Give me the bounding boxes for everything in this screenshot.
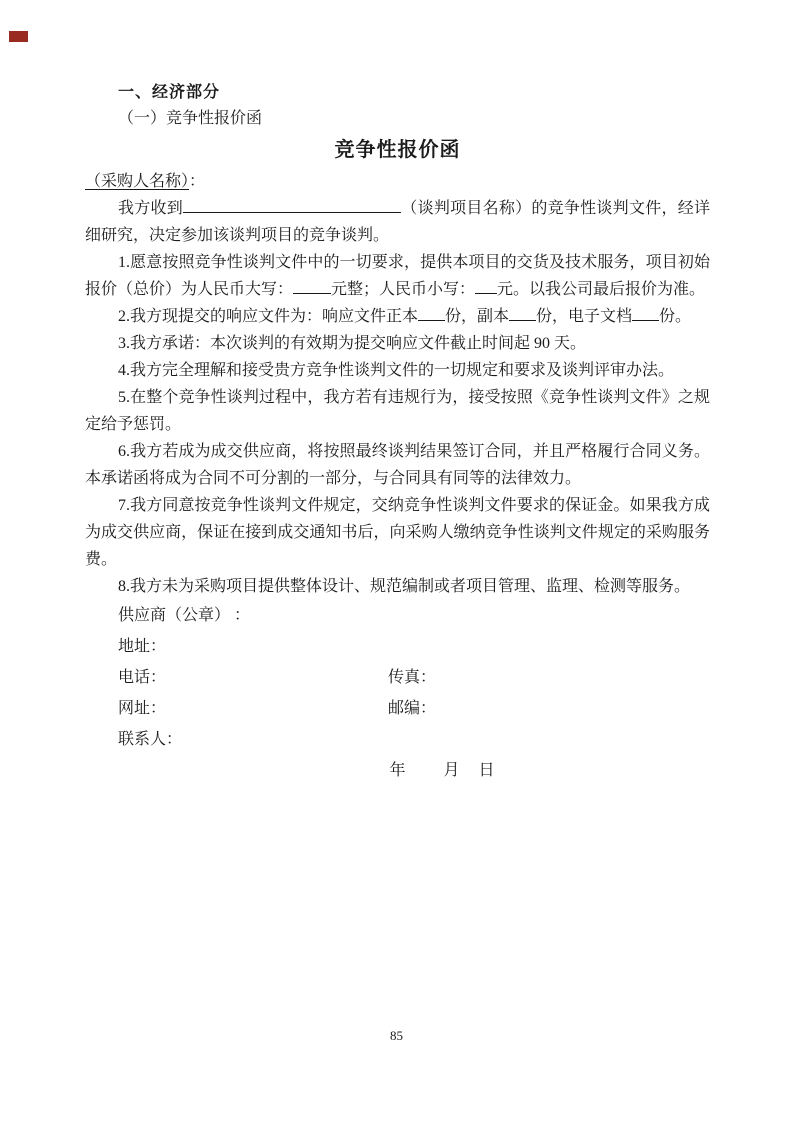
document-body: （采购人名称）：我方收到（谈判项目名称）的竞争性谈判文件，经详细研究，决定参加该… xyxy=(85,168,710,786)
text-segment: 供应商（公章） ： xyxy=(118,607,250,624)
corner-red-mark xyxy=(9,31,28,42)
text-segment: 联系人： xyxy=(118,731,182,748)
text-segment: 年 xyxy=(370,755,424,786)
page-number: 85 xyxy=(0,1028,793,1044)
text-segment: 地址： xyxy=(118,638,166,655)
item-4: 4.我方完全理解和接受贵方竞争性谈判文件的一切规定和要求及谈判评审办法。 xyxy=(85,357,710,384)
item-2: 2.我方现提交的响应文件为：响应文件正本份，副本份，电子文档份。 xyxy=(85,303,710,330)
document-page: 一、经济部分 （一）竞争性报价函 竞争性报价函 （采购人名称）：我方收到（谈判项… xyxy=(0,0,793,1122)
fill-in-blank xyxy=(293,279,331,294)
date-line: 年月日 xyxy=(85,755,710,786)
page-title: 竞争性报价函 xyxy=(85,132,710,168)
subsection-heading: （一）竞争性报价函 xyxy=(118,106,710,132)
text-segment: 份，副本 xyxy=(445,308,509,325)
web-zip-line: 网址：邮编： xyxy=(85,693,710,724)
item-3: 3.我方承诺：本次谈判的有效期为提交响应文件截止时间起 90 天。 xyxy=(85,330,710,357)
text-segment: 日 xyxy=(478,762,494,779)
text-segment: 元整；人民币小写： xyxy=(331,281,475,298)
text-segment: 3.我方承诺：本次谈判的有效期为提交响应文件截止时间起 90 天。 xyxy=(118,335,586,352)
item-7: 7.我方同意按竞争性谈判文件规定，交纳竞争性谈判文件要求的保证金。如果我方成为成… xyxy=(85,492,710,573)
text-segment: 份，电子文档 xyxy=(536,308,632,325)
text-segment: 5.在整个竞争性谈判过程中，我方若有违规行为，接受按照《竞争性谈判文件》之规定给… xyxy=(85,389,710,433)
fill-in-blank xyxy=(509,306,536,321)
section-heading: 一、经济部分 xyxy=(118,80,710,106)
address-line: 地址： xyxy=(85,631,710,662)
supplier-seal-line: 供应商（公章） ： xyxy=(85,600,710,631)
phone-fax-line: 电话：传真： xyxy=(85,662,710,693)
fill-in-blank xyxy=(183,198,401,213)
text-segment: 4.我方完全理解和接受贵方竞争性谈判文件的一切规定和要求及谈判评审办法。 xyxy=(118,362,674,379)
fill-in-blank xyxy=(418,306,445,321)
text-segment: 电话： xyxy=(118,662,388,693)
text-segment: 7.我方同意按竞争性谈判文件规定，交纳竞争性谈判文件要求的保证金。如果我方成为成… xyxy=(85,497,710,568)
text-segment: 邮编： xyxy=(388,700,436,717)
intro-paragraph: 我方收到（谈判项目名称）的竞争性谈判文件，经详细研究，决定参加该谈判项目的竞争谈… xyxy=(85,195,710,249)
text-segment: 月 xyxy=(424,755,478,786)
document-content: 一、经济部分 （一）竞争性报价函 竞争性报价函 （采购人名称）：我方收到（谈判项… xyxy=(85,0,710,786)
text-segment: 6.我方若成为成交供应商，将按照最终谈判结果签订合同，并且严格履行合同义务。本承… xyxy=(85,443,710,487)
text-segment: （采购人名称） xyxy=(85,173,189,190)
text-segment: 我方收到 xyxy=(118,200,183,217)
text-segment: 2.我方现提交的响应文件为：响应文件正本 xyxy=(118,308,418,325)
item-6: 6.我方若成为成交供应商，将按照最终谈判结果签订合同，并且严格履行合同义务。本承… xyxy=(85,438,710,492)
fill-in-blank xyxy=(475,279,497,294)
item-1: 1.愿意按照竞争性谈判文件中的一切要求，提供本项目的交货及技术服务，项目初始报价… xyxy=(85,249,710,303)
item-5: 5.在整个竞争性谈判过程中，我方若有违规行为，接受按照《竞争性谈判文件》之规定给… xyxy=(85,384,710,438)
text-segment: 8.我方未为采购项目提供整体设计、规范编制或者项目管理、监理、检测等服务。 xyxy=(118,578,690,595)
text-segment: 份。 xyxy=(659,308,691,325)
fill-in-blank xyxy=(632,306,659,321)
contact-line: 联系人： xyxy=(85,724,710,755)
item-8: 8.我方未为采购项目提供整体设计、规范编制或者项目管理、监理、检测等服务。 xyxy=(85,573,710,600)
text-segment: 网址： xyxy=(118,693,388,724)
text-segment: 元。以我公司最后报价为准。 xyxy=(497,281,705,298)
text-segment: ： xyxy=(189,173,205,190)
salutation-line: （采购人名称）： xyxy=(85,168,710,195)
text-segment: 传真： xyxy=(388,669,436,686)
